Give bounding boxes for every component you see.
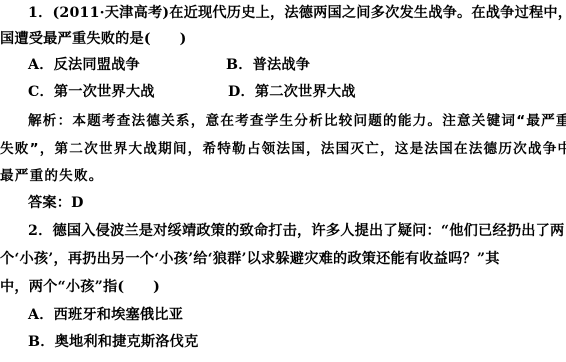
question-1-stem-line-1: 1．(2011·天津高考)在近现代历史上，法德两国之间多次发生战争。在战争过程中…: [0, 0, 566, 27]
question-1-stem-line-2: 国遭受最严重失败的是( ): [0, 26, 566, 53]
question-2-stem-line-1: 2．德国入侵波兰是对绥靖政策的致命打击，许多人提出了疑问：“他们已经扔出了两: [0, 218, 566, 245]
question-1-analysis-line-2: 失败”，第二次世界大战期间，希特勒占领法国，法国灭亡，这是法国在法德历次战争中: [0, 136, 566, 163]
question-2-stem-line-2: 个‘小孩’，再扔出另一个‘小孩’给‘狼群’以求躲避灾难的政策还能有收益吗？”其: [0, 246, 566, 273]
question-1-analysis-line-3: 最严重的失败。: [0, 163, 566, 190]
question-1-option-c: C．第一次世界大战: [28, 79, 155, 106]
question-1-option-a: A．反法同盟战争: [28, 52, 140, 79]
question-1-option-d: D．第二次世界大战: [228, 79, 356, 106]
question-1-answer: 答案：D: [0, 190, 566, 217]
question-1-options-row-1: A．反法同盟战争 B．普法战争: [0, 52, 566, 79]
question-1-options-row-2: C．第一次世界大战 D．第二次世界大战: [0, 79, 566, 106]
document-page: 1．(2011·天津高考)在近现代历史上，法德两国之间多次发生战争。在战争过程中…: [0, 0, 566, 362]
question-1-option-b: B．普法战争: [226, 52, 310, 79]
question-2-option-a: A．西班牙和埃塞俄比亚: [0, 302, 566, 329]
question-2-stem-line-3: 中，两个“小孩”指( ): [0, 274, 566, 301]
question-1-analysis-line-1: 解析：本题考查法德关系，意在考查学生分析比较问题的能力。注意关键词“最严重: [0, 108, 566, 135]
question-2-option-b: B．奥地利和捷克斯洛伐克: [0, 329, 566, 356]
